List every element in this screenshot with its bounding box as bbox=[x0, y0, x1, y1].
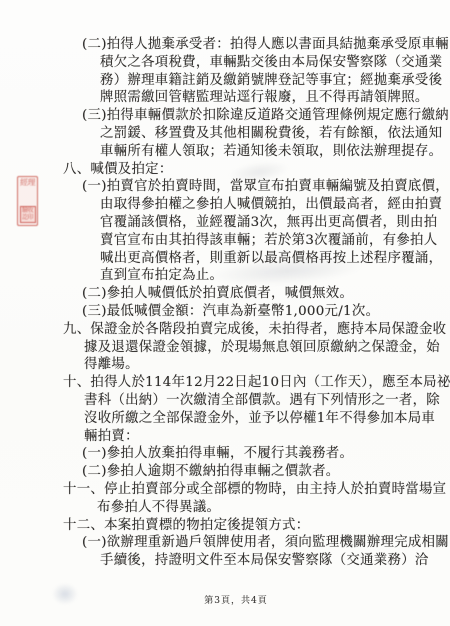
text-line: (二)拍得人拋棄承受者：拍得人應以書面具結拋棄承受原車輛 bbox=[0, 36, 450, 54]
page-footer: 第3頁，共4頁 bbox=[0, 593, 450, 606]
text-line: 務）辦理車籍註銷及繳銷號牌登記等事宜；經拋棄承受後 bbox=[0, 72, 450, 90]
text-line: 賣官宣布由其拍得該車輛；若於第3次覆誦前，有參拍人 bbox=[0, 232, 450, 250]
document-page: 經理 驗收訖印 (二)拍得人拋棄承受者：拍得人應以書面具結拋棄承受原車輛積欠之各… bbox=[0, 0, 450, 626]
text-line: 八、喊價及拍定： bbox=[0, 161, 450, 179]
text-line: 十一、停止拍賣部分或全部標的物時，由主持人於拍賣時當場宣 bbox=[0, 481, 450, 499]
text-line: 布參拍人不得異議。 bbox=[0, 499, 450, 517]
text-line: (二)參拍人逾期不繳納拍得車輛之價款者。 bbox=[0, 463, 450, 481]
text-line: 之罰鍰、移置費及其他相關稅費後，若有餘額，依法通知 bbox=[0, 125, 450, 143]
text-line: 輛拍賣： bbox=[0, 428, 450, 446]
text-line: 喊出更高價格者，則重新以最高價格再按上述程序覆誦， bbox=[0, 250, 450, 268]
text-line: 車輛所有權人領取；若通知後未領取，則依法辦理提存。 bbox=[0, 143, 450, 161]
text-line: 十二、本案拍賣標的物拍定後提領方式： bbox=[0, 517, 450, 535]
text-line: 沒收所繳之全部保證金外，並予以停權1年不得參加本局車 bbox=[0, 410, 450, 428]
text-line: 積欠之各項稅費，車輛點交後由本局保安警察隊（交通業 bbox=[0, 54, 450, 72]
text-line: 手續後，持證明文件至本局保安警察隊（交通業務）洽 bbox=[0, 552, 450, 570]
text-line: 官覆誦該價格，並經覆誦3次，無再出更高價者，則由拍 bbox=[0, 214, 450, 232]
text-line: (一)參拍人放棄拍得車輛，不履行其義務者。 bbox=[0, 445, 450, 463]
text-line: (三)最低喊價金額：汽車為新臺幣1,000元/1次。 bbox=[0, 303, 450, 321]
text-line: 書科（出納）一次繳清全部價款。遇有下列情形之一者，除 bbox=[0, 392, 450, 410]
text-line: 得離場。 bbox=[0, 356, 450, 374]
text-line: 直到宣布拍定為止。 bbox=[0, 267, 450, 285]
text-line: 牌照需繳回管轄監理站逕行報廢，且不得再請領牌照。 bbox=[0, 89, 450, 107]
text-line: (一)欲辦理重新過戶領牌使用者，須向監理機關辦理完成相關 bbox=[0, 534, 450, 552]
text-line: 九、保證金於各階段拍賣完成後，未拍得者，應持本局保證金收 bbox=[0, 321, 450, 339]
document-body: (二)拍得人拋棄承受者：拍得人應以書面具結拋棄承受原車輛積欠之各項稅費，車輛點交… bbox=[0, 36, 450, 570]
text-line: (三)拍得車輛價款於扣除違反道路交通管理條例規定應行繳納 bbox=[0, 107, 450, 125]
text-line: 由取得參拍權之參拍人喊價競拍，出價最高者，經由拍賣 bbox=[0, 196, 450, 214]
scanned-document-page: { "page": { "footer": "第3頁，共4頁" }, "colo… bbox=[0, 0, 450, 626]
text-line: (一)拍賣官於拍賣時間，當眾宣布拍賣車輛編號及拍賣底價， bbox=[0, 178, 450, 196]
text-line: 十、拍得人於114年12月22日起10日內（工作天），應至本局祕 bbox=[0, 374, 450, 392]
text-line: 據及退還保證金領據，於現場無息領回原繳納之保證金，始 bbox=[0, 339, 450, 357]
text-line: (二)參拍人喊價低於拍賣底價者，喊價無效。 bbox=[0, 285, 450, 303]
